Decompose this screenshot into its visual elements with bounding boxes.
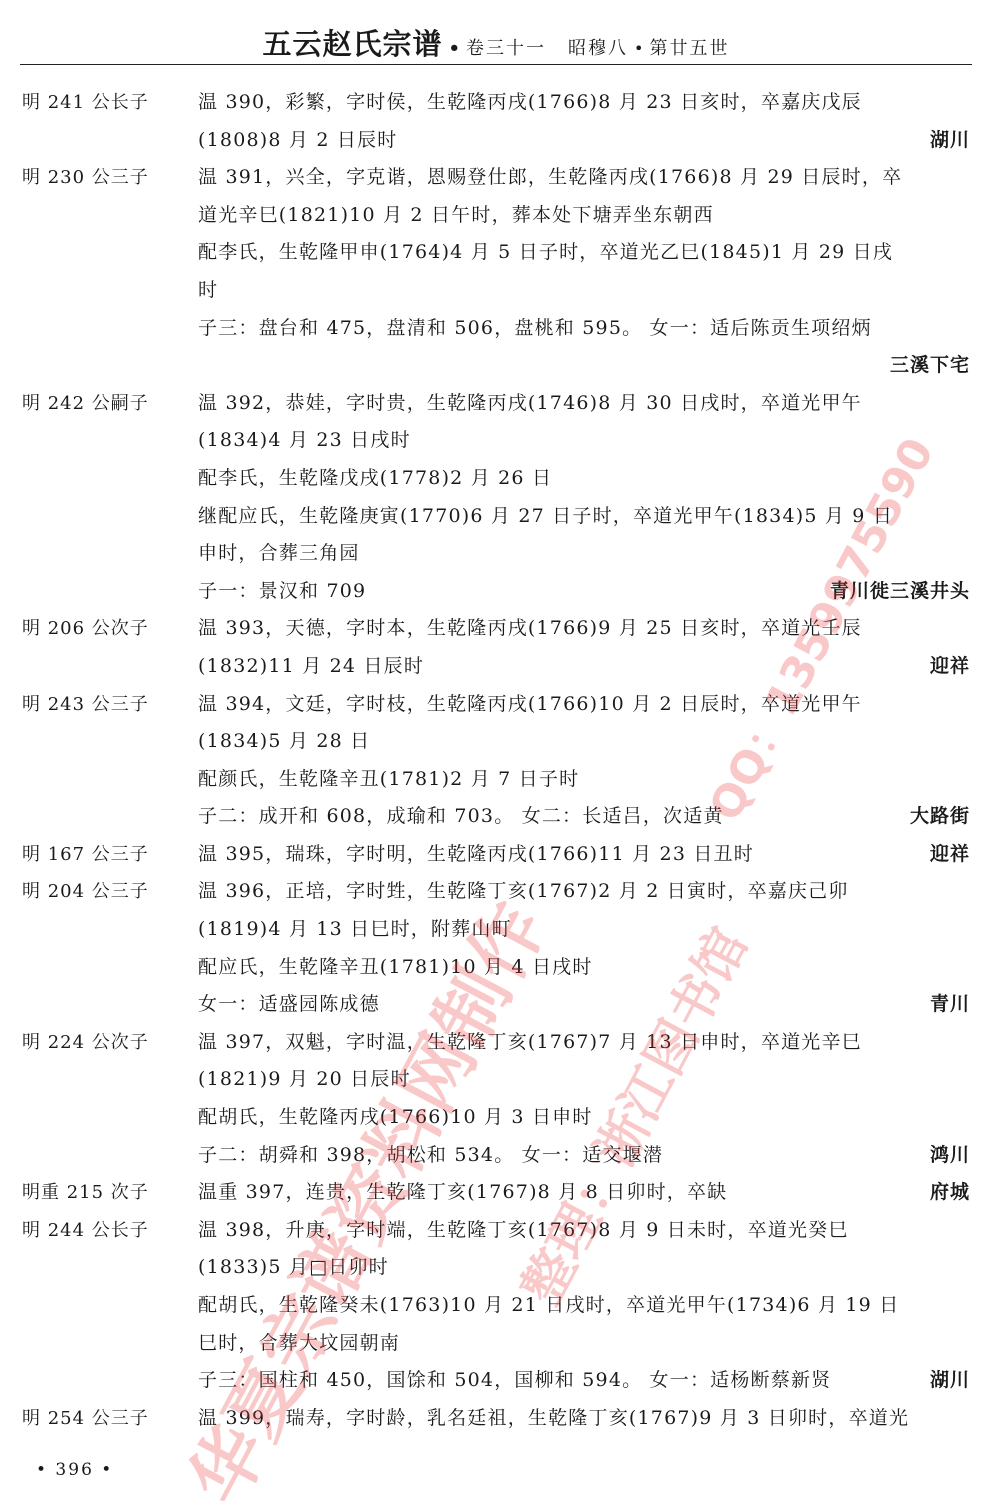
entry-text: (1833)5 月□日卯时: [198, 1249, 970, 1287]
entry-text: 配李氏，生乾隆甲申(1764)4 月 5 日子时，卒道光乙巳(1845)1 月 …: [198, 234, 970, 272]
header-separator-2: •: [634, 39, 643, 58]
residence-location: 青川: [930, 986, 970, 1024]
entry-line: 子二：胡舜和 398，胡松和 534。 女一：适交堰潜鸿川: [0, 1137, 992, 1175]
entry-line: 子三：国柱和 450，国馀和 504，国柳和 594。 女一：适杨断蔡新贤湖川: [0, 1362, 992, 1400]
entry-text: 配胡氏，生乾隆癸未(1763)10 月 21 日戌时，卒道光甲午(1734)6 …: [198, 1287, 970, 1325]
entry-line: 三溪下宅: [0, 347, 992, 385]
entry-text: (1834)5 月 28 日: [198, 723, 970, 761]
lineage-label: 明 242 公嗣子: [22, 385, 149, 423]
entry-text: 申时，合葬三角园: [198, 535, 970, 573]
entry-text: 配应氏，生乾隆辛丑(1781)10 月 4 日戌时: [198, 949, 970, 987]
entry-line: 配颜氏，生乾隆辛丑(1781)2 月 7 日子时: [0, 761, 992, 799]
residence-location: 迎祥: [930, 836, 970, 874]
entry-text: 继配应氏，生乾隆庚寅(1770)6 月 27 日子时，卒道光甲午(1834)5 …: [198, 498, 970, 536]
residence-location: 三溪下宅: [890, 347, 970, 385]
entry-line: 子一：景汉和 709青川徙三溪井头: [0, 573, 992, 611]
lineage-label: 明 204 公三子: [22, 873, 149, 911]
entry-text: (1834)4 月 23 日戌时: [198, 422, 970, 460]
genealogy-entry: 明 254 公三子温 399，瑞寿，字时龄，乳名廷祖，生乾隆丁亥(1767)9 …: [0, 1400, 992, 1438]
entry-text: 女一：适盛园陈成德: [198, 986, 970, 1024]
entry-line: (1808)8 月 2 日辰时湖川: [0, 122, 992, 160]
entry-text: 温 393，天德，字时本，生乾隆丙戌(1766)9 月 25 日亥时，卒道光壬辰: [198, 610, 970, 648]
entry-line: 明 241 公长子温 390，彩繁，字时侯，生乾隆丙戌(1766)8 月 23 …: [0, 84, 992, 122]
entry-text: 配颜氏，生乾隆辛丑(1781)2 月 7 日子时: [198, 761, 970, 799]
entry-line: 巳时，合葬大坟园朝南: [0, 1325, 992, 1363]
entry-line: (1834)5 月 28 日: [0, 723, 992, 761]
entry-line: 道光辛巳(1821)10 月 2 日午时，葬本处下塘弄坐东朝西: [0, 197, 992, 235]
entry-line: 子三：盘台和 475，盘清和 506，盘桃和 595。 女一：适后陈贡生项绍炳: [0, 310, 992, 348]
residence-location: 府城: [930, 1174, 970, 1212]
residence-location: 迎祥: [930, 648, 970, 686]
lineage-label: 明重 215 次子: [22, 1174, 149, 1212]
entry-text: (1821)9 月 20 日辰时: [198, 1061, 970, 1099]
entry-text: 子二：胡舜和 398，胡松和 534。 女一：适交堰潜: [198, 1137, 970, 1175]
genealogy-entry: 明 243 公三子温 394，文廷，字时枝，生乾隆丙戌(1766)10 月 2 …: [0, 686, 992, 836]
entry-line: 明 204 公三子温 396，正培，字时甡，生乾隆丁亥(1767)2 月 2 日…: [0, 873, 992, 911]
section-label: 昭穆八: [568, 38, 628, 59]
entry-line: 明 244 公长子温 398，升庚，字时端，生乾隆丁亥(1767)8 月 9 日…: [0, 1212, 992, 1250]
entry-line: 明 254 公三子温 399，瑞寿，字时龄，乳名廷祖，生乾隆丁亥(1767)9 …: [0, 1400, 992, 1438]
entry-line: 女一：适盛园陈成德青川: [0, 986, 992, 1024]
genealogy-entry: 明 242 公嗣子温 392，恭娃，字时贵，生乾隆丙戌(1746)8 月 30 …: [0, 385, 992, 611]
volume-label: 卷三十一: [466, 38, 546, 59]
page-number: • 396 •: [36, 1460, 113, 1480]
entry-text: (1832)11 月 24 日辰时: [198, 648, 970, 686]
entry-text: 温 398，升庚，字时端，生乾隆丁亥(1767)8 月 9 日未时，卒道光癸巳: [198, 1212, 970, 1250]
genealogy-entry: 明 224 公次子温 397，双魁，字时温，生乾隆丁亥(1767)7 月 13 …: [0, 1024, 992, 1174]
residence-location: 湖川: [930, 1362, 970, 1400]
entry-line: (1834)4 月 23 日戌时: [0, 422, 992, 460]
genealogy-entry: 明 204 公三子温 396，正培，字时甡，生乾隆丁亥(1767)2 月 2 日…: [0, 873, 992, 1023]
genealogy-entries: 明 241 公长子温 390，彩繁，字时侯，生乾隆丙戌(1766)8 月 23 …: [0, 84, 992, 1437]
entry-line: 配胡氏，生乾隆癸未(1763)10 月 21 日戌时，卒道光甲午(1734)6 …: [0, 1287, 992, 1325]
page-header: 五云赵氏宗谱•卷三十一昭穆八•第廿五世: [0, 22, 992, 62]
header-rule: [20, 64, 972, 65]
entry-text: 配胡氏，生乾隆丙戌(1766)10 月 3 日申时: [198, 1099, 970, 1137]
entry-line: 配李氏，生乾隆甲申(1764)4 月 5 日子时，卒道光乙巳(1845)1 月 …: [0, 234, 992, 272]
lineage-label: 明 224 公次子: [22, 1024, 149, 1062]
entry-text: 温 390，彩繁，字时侯，生乾隆丙戌(1766)8 月 23 日亥时，卒嘉庆戊辰: [198, 84, 970, 122]
entry-line: 配李氏，生乾隆戊戌(1778)2 月 26 日: [0, 460, 992, 498]
entry-line: 明重 215 次子温重 397，连贵，生乾隆丁亥(1767)8 月 8 日卯时，…: [0, 1174, 992, 1212]
entry-text: 配李氏，生乾隆戊戌(1778)2 月 26 日: [198, 460, 970, 498]
entry-line: (1819)4 月 13 日巳时，附葬山町: [0, 911, 992, 949]
lineage-label: 明 254 公三子: [22, 1400, 149, 1438]
entry-line: 时: [0, 272, 992, 310]
genealogy-entry: 明 206 公次子温 393，天德，字时本，生乾隆丙戌(1766)9 月 25 …: [0, 610, 992, 685]
genealogy-entry: 明 230 公三子温 391，兴全，字克谐，恩赐登仕郎，生乾隆丙戌(1766)8…: [0, 159, 992, 385]
entry-line: 继配应氏，生乾隆庚寅(1770)6 月 27 日子时，卒道光甲午(1834)5 …: [0, 498, 992, 536]
lineage-label: 明 167 公三子: [22, 836, 149, 874]
entry-text: 温 394，文廷，字时枝，生乾隆丙戌(1766)10 月 2 日辰时，卒道光甲午: [198, 686, 970, 724]
entry-text: 温 396，正培，字时甡，生乾隆丁亥(1767)2 月 2 日寅时，卒嘉庆己卯: [198, 873, 970, 911]
entry-line: 明 230 公三子温 391，兴全，字克谐，恩赐登仕郎，生乾隆丙戌(1766)8…: [0, 159, 992, 197]
entry-line: 明 242 公嗣子温 392，恭娃，字时贵，生乾隆丙戌(1746)8 月 30 …: [0, 385, 992, 423]
entry-line: 子二：成开和 608，成瑜和 703。 女二：长适吕，次适黄大路街: [0, 798, 992, 836]
genealogy-entry: 明 241 公长子温 390，彩繁，字时侯，生乾隆丙戌(1766)8 月 23 …: [0, 84, 992, 159]
entry-text: 温重 397，连贵，生乾隆丁亥(1767)8 月 8 日卯时，卒缺: [198, 1174, 970, 1212]
entry-text: 温 397，双魁，字时温，生乾隆丁亥(1767)7 月 13 日申时，卒道光辛巳: [198, 1024, 970, 1062]
entry-text: 温 392，恭娃，字时贵，生乾隆丙戌(1746)8 月 30 日戌时，卒道光甲午: [198, 385, 970, 423]
lineage-label: 明 244 公长子: [22, 1212, 149, 1250]
genealogy-entry: 明 167 公三子温 395，瑞珠，字时明，生乾隆丙戌(1766)11 月 23…: [0, 836, 992, 874]
entry-text: 子三：盘台和 475，盘清和 506，盘桃和 595。 女一：适后陈贡生项绍炳: [198, 310, 970, 348]
entry-text: 时: [198, 272, 970, 310]
entry-line: 明 243 公三子温 394，文廷，字时枝，生乾隆丙戌(1766)10 月 2 …: [0, 686, 992, 724]
entry-line: 明 206 公次子温 393，天德，字时本，生乾隆丙戌(1766)9 月 25 …: [0, 610, 992, 648]
entry-line: 明 224 公次子温 397，双魁，字时温，生乾隆丁亥(1767)7 月 13 …: [0, 1024, 992, 1062]
lineage-label: 明 206 公次子: [22, 610, 149, 648]
entry-text: 温 395，瑞珠，字时明，生乾隆丙戌(1766)11 月 23 日丑时: [198, 836, 970, 874]
entry-text: 子二：成开和 608，成瑜和 703。 女二：长适吕，次适黄: [198, 798, 970, 836]
entry-text: 温 391，兴全，字克谐，恩赐登仕郎，生乾隆丙戌(1766)8 月 29 日辰时…: [198, 159, 970, 197]
entry-line: (1833)5 月□日卯时: [0, 1249, 992, 1287]
header-separator: •: [449, 38, 461, 59]
residence-location: 青川徙三溪井头: [830, 573, 970, 611]
entry-text: (1819)4 月 13 日巳时，附葬山町: [198, 911, 970, 949]
residence-location: 鸿川: [930, 1137, 970, 1175]
entry-text: 道光辛巳(1821)10 月 2 日午时，葬本处下塘弄坐东朝西: [198, 197, 970, 235]
entry-line: (1832)11 月 24 日辰时迎祥: [0, 648, 992, 686]
book-title: 五云赵氏宗谱: [263, 27, 443, 61]
genealogy-entry: 明 244 公长子温 398，升庚，字时端，生乾隆丁亥(1767)8 月 9 日…: [0, 1212, 992, 1400]
residence-location: 湖川: [930, 122, 970, 160]
lineage-label: 明 241 公长子: [22, 84, 149, 122]
entry-line: (1821)9 月 20 日辰时: [0, 1061, 992, 1099]
entry-text: 巳时，合葬大坟园朝南: [198, 1325, 970, 1363]
entry-text: 子三：国柱和 450，国馀和 504，国柳和 594。 女一：适杨断蔡新贤: [198, 1362, 970, 1400]
generation-label: 第廿五世: [649, 38, 729, 59]
lineage-label: 明 230 公三子: [22, 159, 149, 197]
lineage-label: 明 243 公三子: [22, 686, 149, 724]
residence-location: 大路街: [910, 798, 970, 836]
entry-line: 明 167 公三子温 395，瑞珠，字时明，生乾隆丙戌(1766)11 月 23…: [0, 836, 992, 874]
entry-line: 配胡氏，生乾隆丙戌(1766)10 月 3 日申时: [0, 1099, 992, 1137]
genealogy-entry: 明重 215 次子温重 397，连贵，生乾隆丁亥(1767)8 月 8 日卯时，…: [0, 1174, 992, 1212]
entry-line: 申时，合葬三角园: [0, 535, 992, 573]
entry-text: 温 399，瑞寿，字时龄，乳名廷祖，生乾隆丁亥(1767)9 月 3 日卯时，卒…: [198, 1400, 970, 1438]
entry-line: 配应氏，生乾隆辛丑(1781)10 月 4 日戌时: [0, 949, 992, 987]
entry-text: (1808)8 月 2 日辰时: [198, 122, 970, 160]
